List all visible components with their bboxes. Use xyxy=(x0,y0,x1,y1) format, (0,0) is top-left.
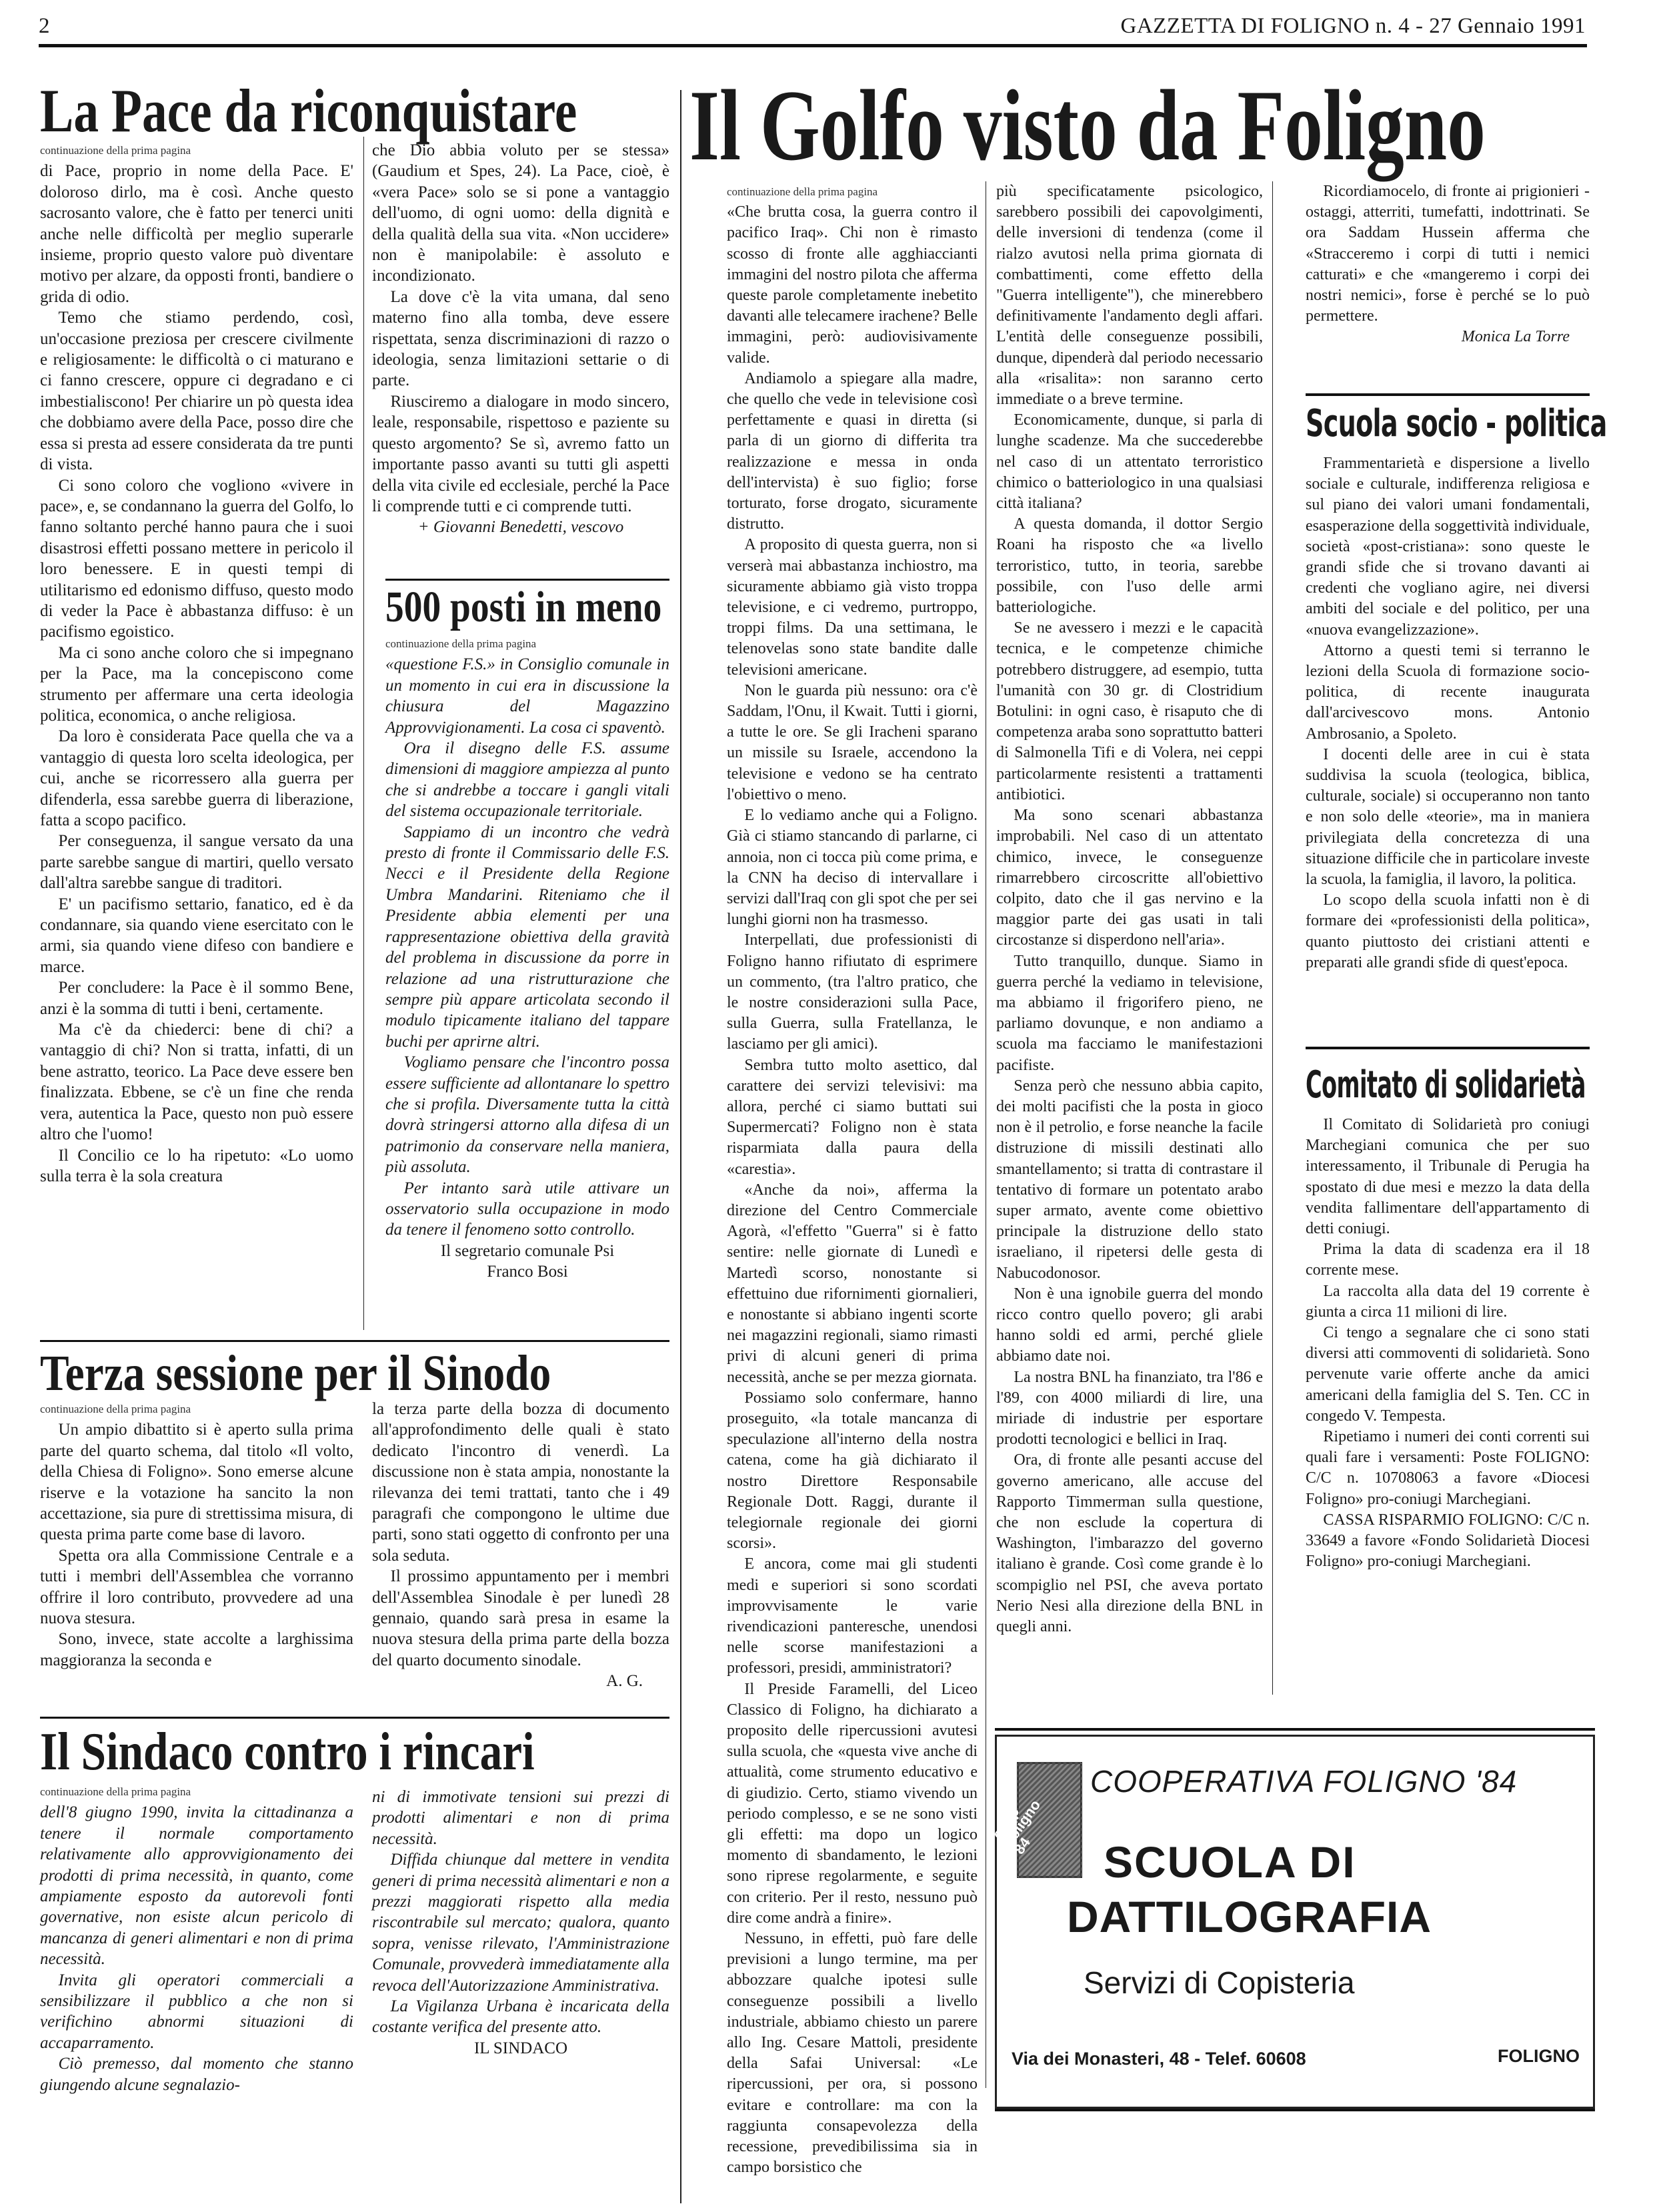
article-sindaco-col1: continuazione della prima pagina dell'8 … xyxy=(40,1781,353,2095)
headline-comitato: Comitato di solidarietà xyxy=(1306,1067,1586,1104)
article-pace-col2: che Dio abbia voluto per se stessa» (Gau… xyxy=(372,140,669,538)
article-golfo-col1: continuazione della prima pagina «Che br… xyxy=(727,181,978,2179)
divider-golfo-1 xyxy=(986,181,986,2088)
article-comitato: Il Comitato di Solidarietà pro coniugi M… xyxy=(1306,1115,1590,1572)
signature-golfo: Monica La Torre xyxy=(1306,327,1590,347)
ad-subtitle: Servizi di Copisteria xyxy=(1084,1965,1354,2001)
headline-sinodo: Terza sessione per il Sinodo xyxy=(40,1348,551,1399)
headline-scuola: Scuola socio - politica xyxy=(1306,405,1607,443)
ad-headline-1: SCUOLA DI xyxy=(1104,1837,1356,1887)
rule-sindaco xyxy=(40,1717,669,1719)
ad-bottom-rule xyxy=(995,2109,1595,2111)
article-golfo-col3: Ricordiamocelo, di fronte ai prigionieri… xyxy=(1306,181,1590,348)
divider-vertical-main xyxy=(680,90,681,2203)
rule-sinodo xyxy=(40,1340,669,1342)
divider-golfo-2 xyxy=(1272,181,1273,1695)
masthead: GAZZETTA DI FOLIGNO n. 4 - 27 Gennaio 19… xyxy=(1121,14,1586,39)
headline-posti: 500 posti in meno xyxy=(385,585,661,629)
rule-scuola xyxy=(1306,393,1590,396)
ad-headline-2: DATTILOGRAFIA xyxy=(1067,1891,1432,1942)
article-sindaco-col2: ni di immotivate tensioni sui prezzi di … xyxy=(372,1787,669,2059)
header-rule xyxy=(39,44,1587,47)
page-number: 2 xyxy=(39,14,50,39)
continuation-label: continuazione della prima pagina xyxy=(40,140,353,161)
article-posti: continuazione della prima pagina «questi… xyxy=(385,633,669,1283)
coop-logo-icon: coop Foligno 84 xyxy=(1017,1762,1082,1878)
article-sinodo-col1: continuazione della prima pagina Un ampi… xyxy=(40,1399,353,1671)
article-sinodo-col2: la terza parte della bozza di documento … xyxy=(372,1399,669,1692)
headline-golfo: Il Golfo visto da Foligno xyxy=(689,75,1486,176)
rule-posti xyxy=(385,579,669,581)
running-header: 2 GAZZETTA DI FOLIGNO n. 4 - 27 Gennaio … xyxy=(39,9,1586,39)
ad-city: FOLIGNO xyxy=(1498,2046,1580,2067)
ad-brand: COOPERATIVA FOLIGNO '84 xyxy=(1090,1763,1517,1799)
advertisement-box: coop Foligno 84 COOPERATIVA FOLIGNO '84 … xyxy=(995,1735,1595,2109)
divider-col xyxy=(363,137,364,1330)
article-golfo-col2: più specificatamente psicologico, sarebb… xyxy=(996,181,1263,1637)
headline-pace: La Pace da riconquistare xyxy=(40,80,577,141)
ad-top-rule xyxy=(995,1728,1595,1731)
rule-comitato xyxy=(1306,1047,1590,1049)
headline-sindaco: Il Sindaco contro i rincari xyxy=(40,1725,535,1779)
signature-pace: + Giovanni Benedetti, vescovo xyxy=(372,517,669,537)
ad-address: Via dei Monasteri, 48 - Telef. 60608 xyxy=(1012,2049,1306,2069)
article-scuola: Frammentarietà e dispersione a livello s… xyxy=(1306,453,1590,973)
article-pace-col1: continuazione della prima pagina di Pace… xyxy=(40,140,353,1187)
